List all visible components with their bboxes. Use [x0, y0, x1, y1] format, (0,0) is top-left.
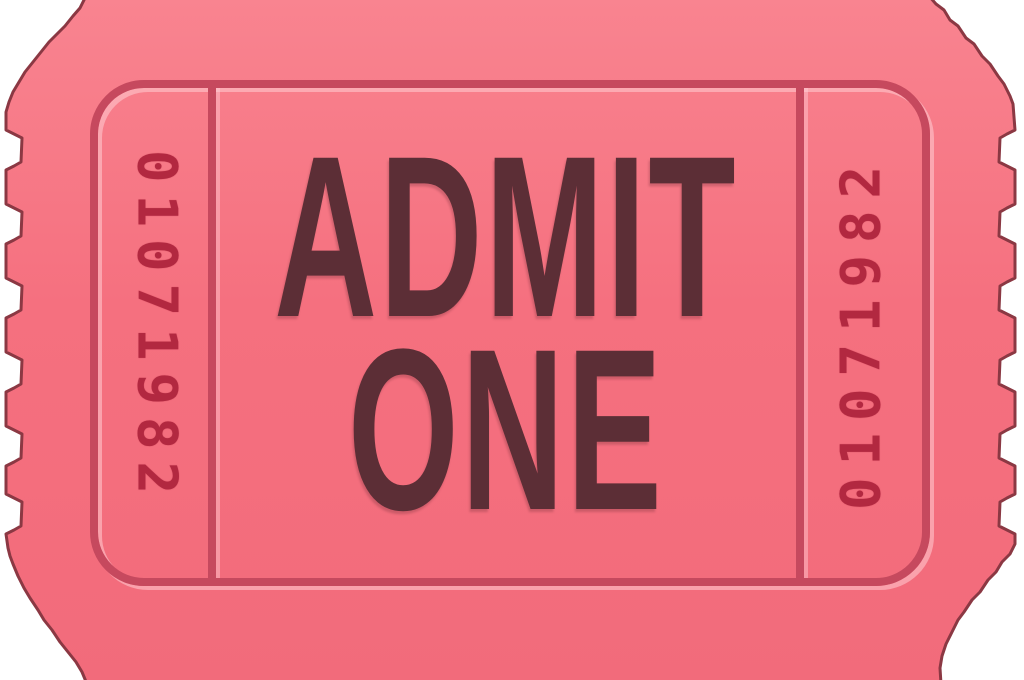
left-stub-divider [208, 88, 216, 578]
serial-number-left: 01071982 [126, 150, 189, 506]
admit-one-label: ADMIT ONE [216, 88, 796, 578]
serial-number-right: 01071982 [830, 154, 893, 510]
admission-ticket: 01071982 01071982 ADMIT ONE [0, 0, 1024, 680]
right-stub-divider [796, 88, 804, 578]
